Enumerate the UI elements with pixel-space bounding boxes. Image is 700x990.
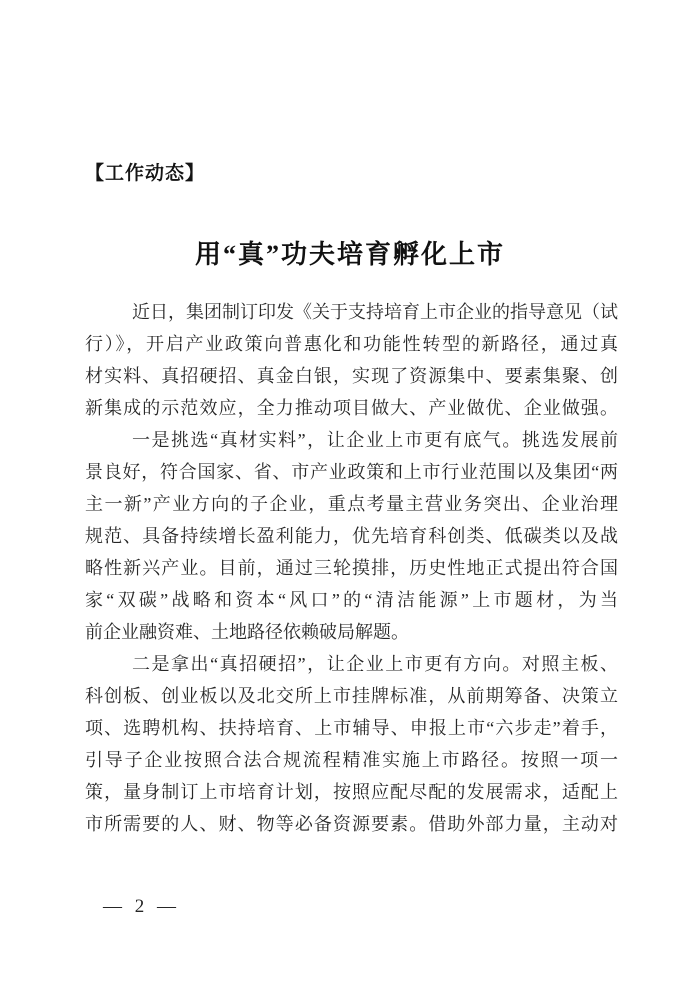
body-line: 策，量身制订上市培育计划，按照应配尽配的发展需求，适配上 — [85, 776, 618, 808]
paragraph: 二是拿出“真招硬招”，让企业上市更有方向。对照主板、 科创板、创业板以及北交所上… — [85, 648, 618, 840]
section-tag: 【工作动态】 — [85, 158, 205, 185]
body-line: 二是拿出“真招硬招”，让企业上市更有方向。对照主板、 — [85, 648, 618, 680]
body-line: 略性新兴产业。目前，通过三轮摸排，历史性地正式提出符合国 — [85, 552, 618, 584]
body-line: 近日，集团制订印发《关于支持培育上市企业的指导意见（试 — [85, 296, 618, 328]
body-line: 景良好，符合国家、省、市产业政策和上市行业范围以及集团“两 — [85, 456, 618, 488]
body-line: 新集成的示范效应，全力推动项目做大、产业做优、企业做强。 — [85, 392, 618, 424]
paragraph: 近日，集团制订印发《关于支持培育上市企业的指导意见（试 行）》，开启产业政策向普… — [85, 296, 618, 424]
body-line: 项、选聘机构、扶持培育、上市辅导、申报上市“六步走”着手， — [85, 712, 618, 744]
page-title: 用“真”功夫培育孵化上市 — [0, 234, 700, 271]
body-line: 材实料、真招硬招、真金白银，实现了资源集中、要素集聚、创 — [85, 360, 618, 392]
paragraph: 一是挑选“真材实料”，让企业上市更有底气。挑选发展前 景良好，符合国家、省、市产… — [85, 424, 618, 648]
body-line: 科创板、创业板以及北交所上市挂牌标准，从前期筹备、决策立 — [85, 680, 618, 712]
body-line: 主一新”产业方向的子企业，重点考量主营业务突出、企业治理 — [85, 488, 618, 520]
body-line: 规范、具备持续增长盈利能力，优先培育科创类、低碳类以及战 — [85, 520, 618, 552]
body-line: 市所需要的人、财、物等必备资源要素。借助外部力量，主动对 — [85, 808, 618, 840]
body-text: 近日，集团制订印发《关于支持培育上市企业的指导意见（试 行）》，开启产业政策向普… — [85, 296, 618, 840]
document-page: 【工作动态】 用“真”功夫培育孵化上市 近日，集团制订印发《关于支持培育上市企业… — [0, 0, 700, 990]
body-line: 前企业融资难、土地路径依赖破局解题。 — [85, 616, 618, 648]
body-line: 行）》，开启产业政策向普惠化和功能性转型的新路径，通过真 — [85, 328, 618, 360]
body-line: 引导子企业按照合法合规流程精准实施上市路径。按照一项一 — [85, 744, 618, 776]
body-line: 家“双碳”战略和资本“风口”的“清洁能源”上市题材，为当 — [85, 584, 618, 616]
page-number: — 2 — — [103, 896, 180, 918]
body-line: 一是挑选“真材实料”，让企业上市更有底气。挑选发展前 — [85, 424, 618, 456]
